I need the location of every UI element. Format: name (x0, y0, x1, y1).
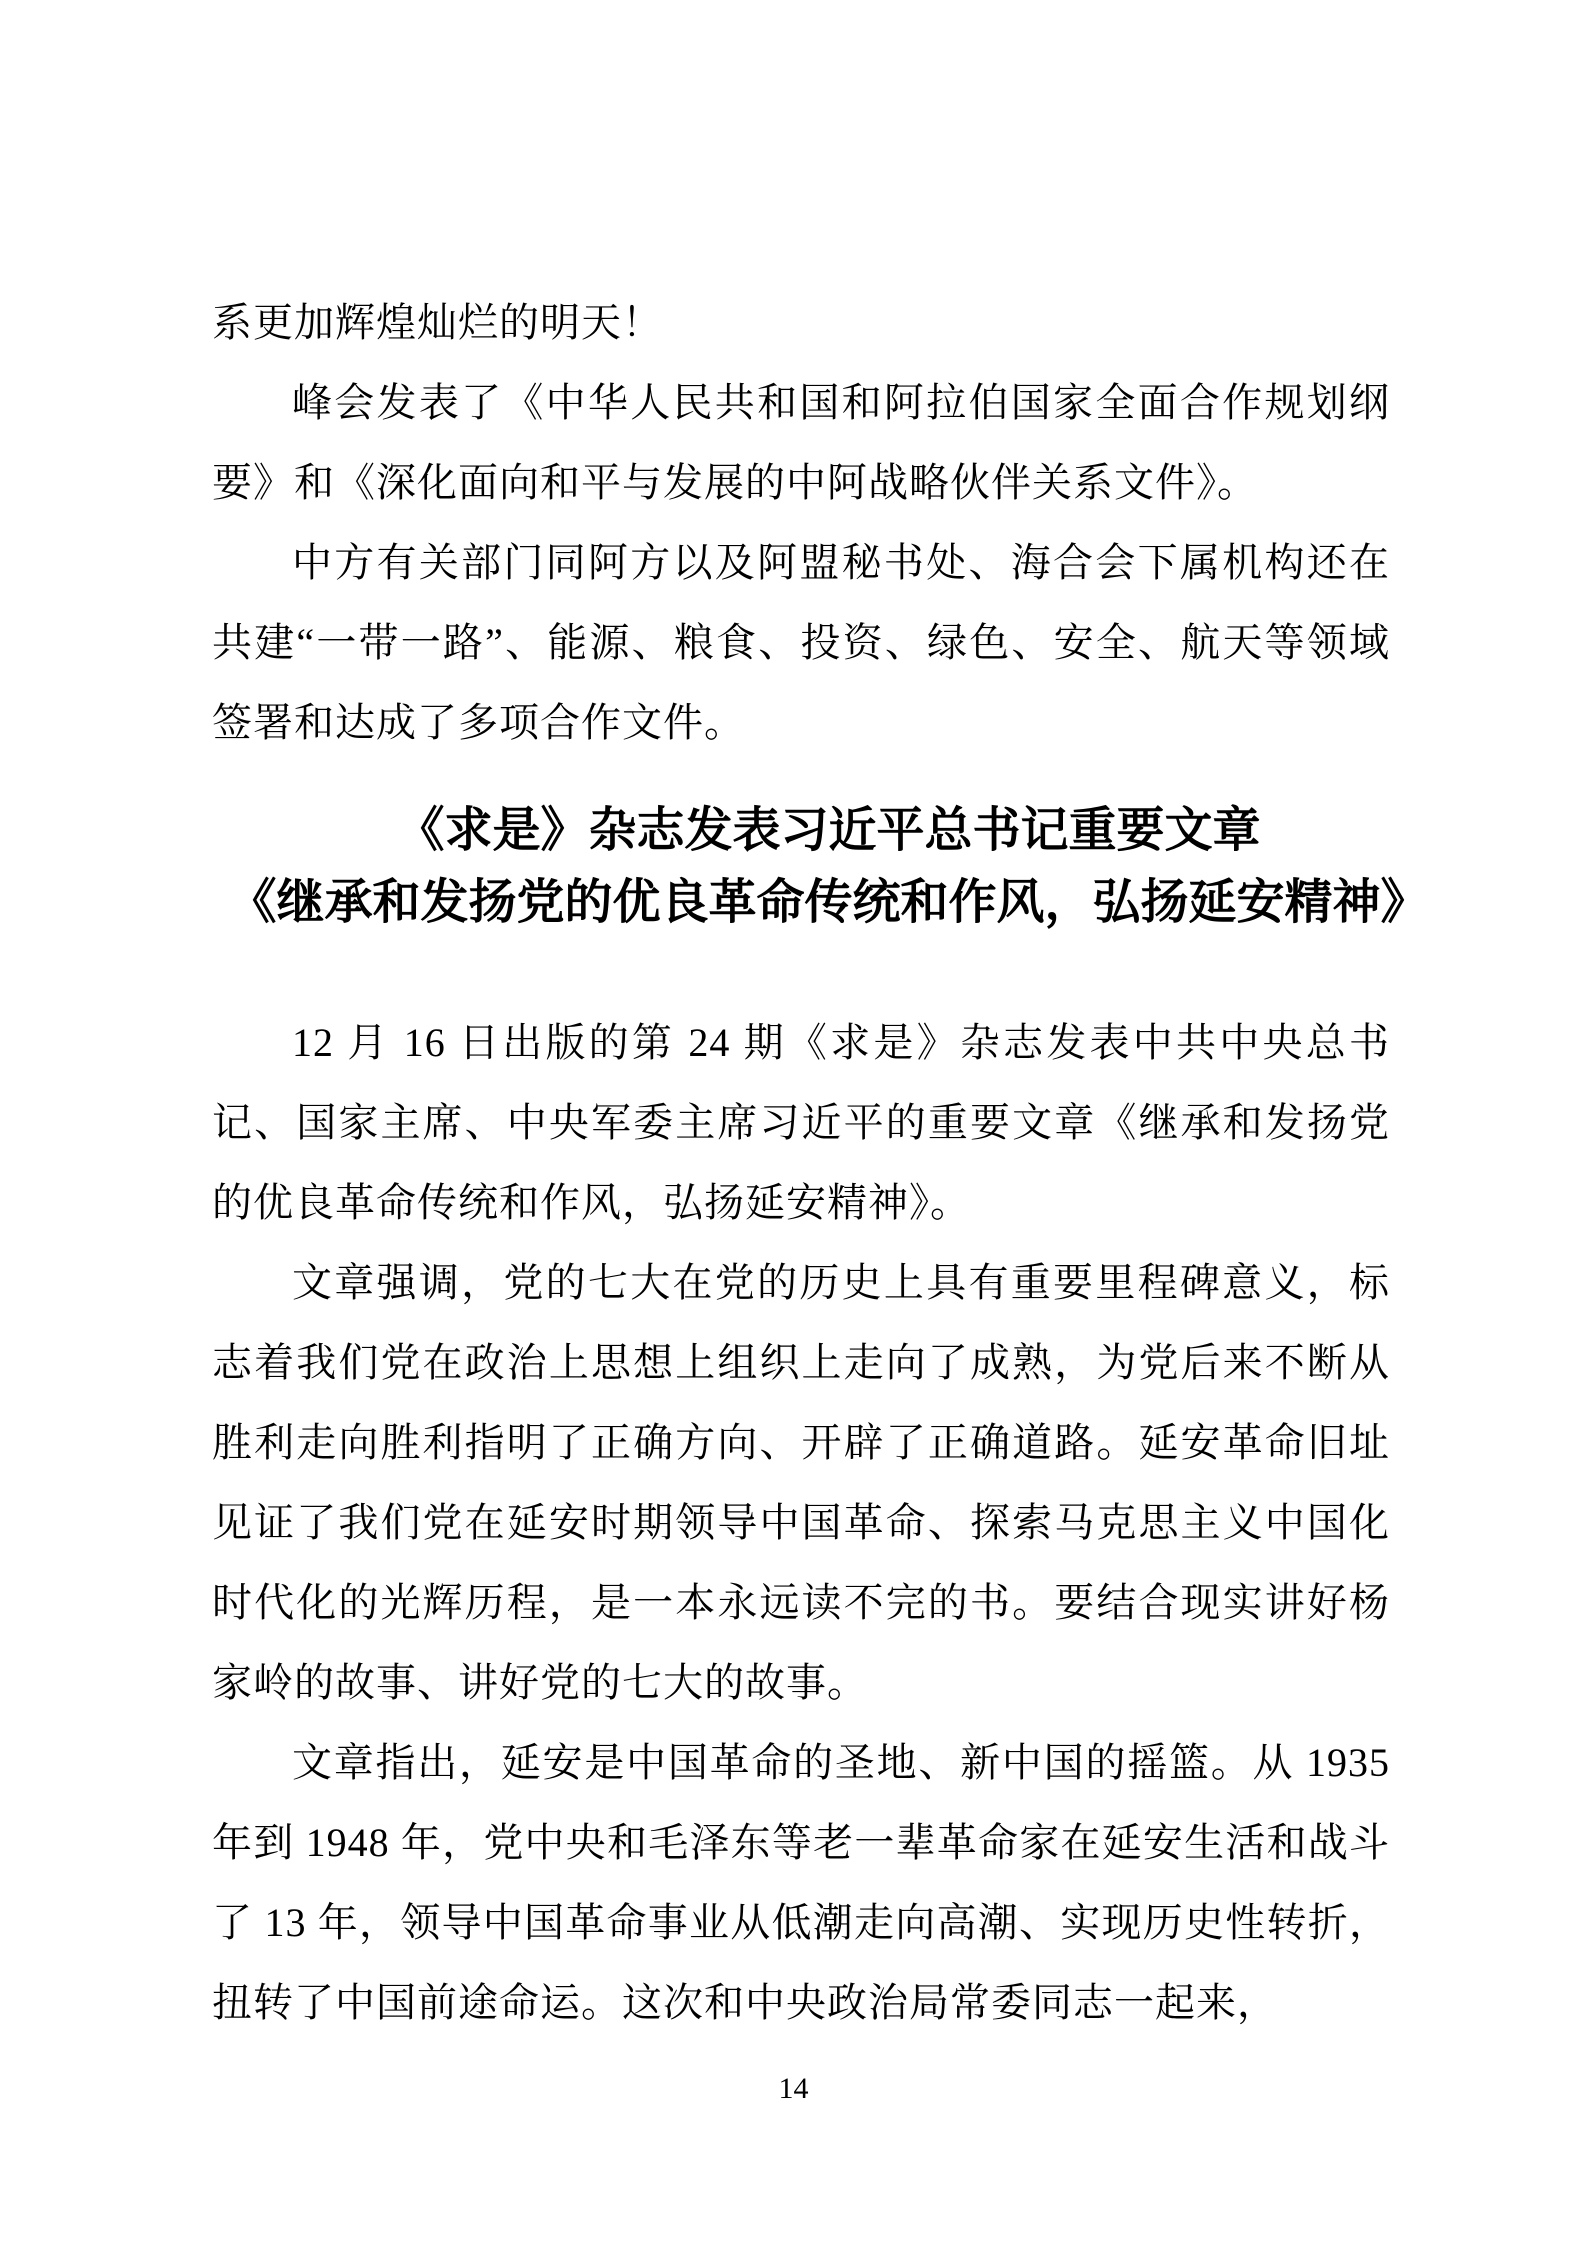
paragraph-cooperation-fields: 中方有关部门同阿方以及阿盟秘书处、海合会下属机构还在共建“一带一路”、能源、粮食… (212, 523, 1390, 763)
article-heading-line1: 《求是》杂志发表习近平总书记重要文章 (202, 795, 1455, 867)
page-number: 14 (779, 2072, 809, 2105)
paragraph-article-emphasis: 文章强调，党的七大在党的历史上具有重要里程碑意义，标志着我们党在政治上思想上组织… (212, 1243, 1390, 1723)
paragraph-summit-documents: 峰会发表了《中华人民共和国和阿拉伯国家全面合作规划纲要》和《深化面向和平与发展的… (212, 363, 1390, 523)
page-footer: 14 (0, 2072, 1587, 2106)
article-heading: 《求是》杂志发表习近平总书记重要文章 《继承和发扬党的优良革命传统和作风，弘扬延… (202, 795, 1455, 939)
article-heading-line2: 《继承和发扬党的优良革命传统和作风，弘扬延安精神》 (202, 867, 1455, 939)
paragraph-article-points: 文章指出，延安是中国革命的圣地、新中国的摇篮。从 1935 年到 1948 年，… (212, 1723, 1390, 2043)
paragraph-qiushi-publication: 12 月 16 日出版的第 24 期《求是》杂志发表中共中央总书记、国家主席、中… (212, 1003, 1390, 1243)
document-page: 系更加辉煌灿烂的明天！ 峰会发表了《中华人民共和国和阿拉伯国家全面合作规划纲要》… (0, 0, 1587, 2245)
document-body: 系更加辉煌灿烂的明天！ 峰会发表了《中华人民共和国和阿拉伯国家全面合作规划纲要》… (212, 283, 1390, 2043)
paragraph-continuation: 系更加辉煌灿烂的明天！ (212, 283, 1390, 363)
